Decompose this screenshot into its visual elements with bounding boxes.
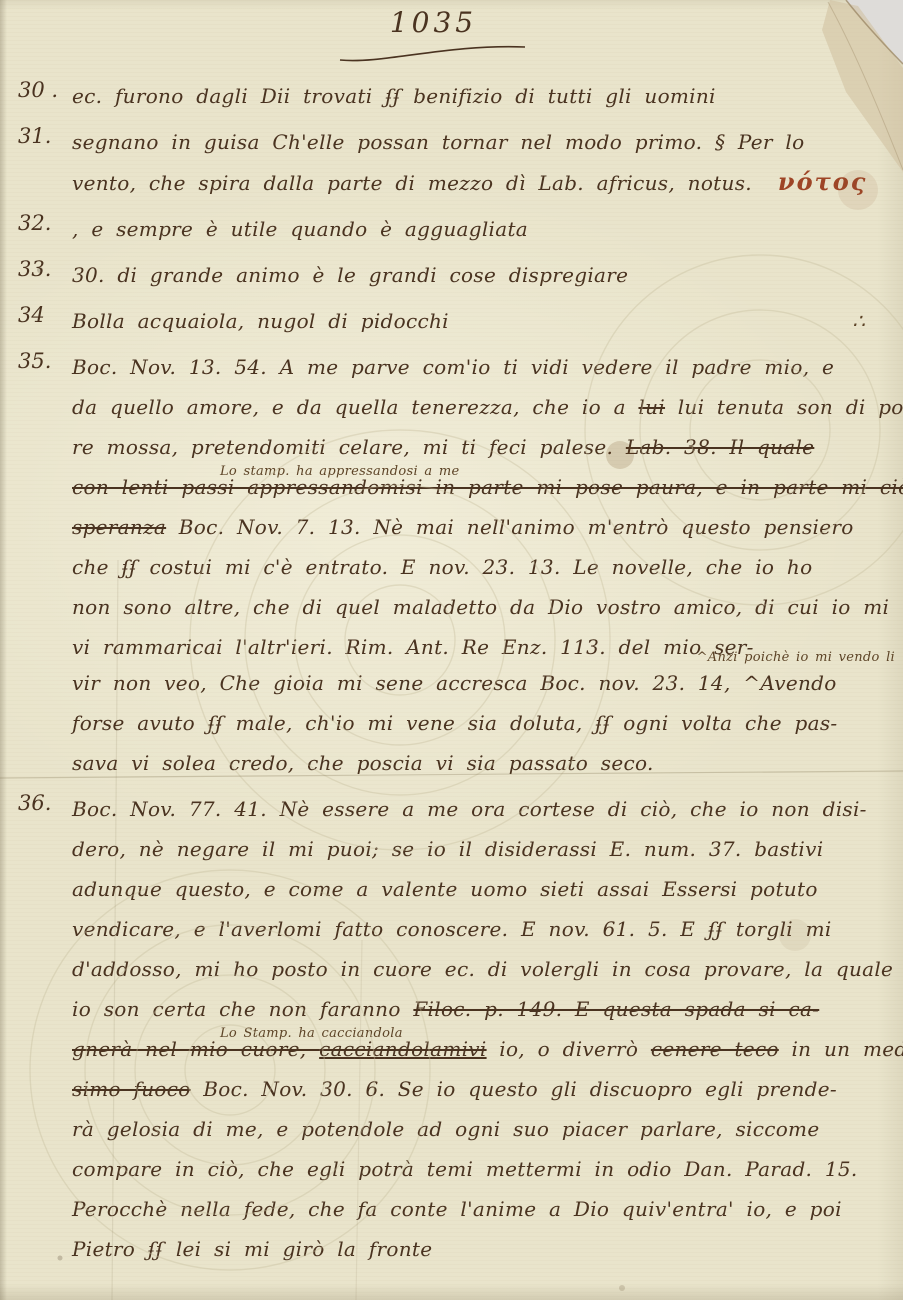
manuscript-line: con lenti passi appressandomisi in parte… [72,467,897,507]
text-segment: Perocchè nella fede, che fa conte l'anim… [72,1197,842,1221]
text-segment: vendicare, e l'averlomi fatto conoscere.… [72,917,832,941]
manuscript-entry: 32., e sempre è utile quando è agguaglia… [18,209,897,249]
manuscript-line: compare in ciò, che egli potrà temi mett… [72,1149,897,1189]
manuscript-page: 1035 30 .ec. furono dagli Dii trovati ʄʄ… [0,0,903,1300]
entry-lines: ec. furono dagli Dii trovati ʄʄ benifizi… [72,76,897,116]
manuscript-body: 30 .ec. furono dagli Dii trovati ʄʄ beni… [0,46,903,1269]
text-segment: adunque questo, e come a valente uomo si… [72,877,818,901]
text-segment: ec. furono dagli Dii trovati ʄʄ benifizi… [72,84,716,108]
entry-number: 34 [18,301,72,341]
entry-lines: segnano in guisa Ch'elle possan tornar n… [72,122,897,203]
manuscript-line: forse avuto ʄʄ male, ch'io mi vene sia d… [72,703,897,743]
text-segment: sava vi solea credo, che poscia vi sia p… [72,751,654,775]
entry-lines: Boc. Nov. 77. 41. Nè essere a me ora cor… [72,789,897,1269]
text-segment: dero, nè negare il mi puoi; se io il dis… [72,837,823,861]
struck-text: speranza [72,515,166,539]
manuscript-line: Pietro ʄʄ lei si mi girò la fronte [72,1229,897,1269]
struck-text: cenere teco [651,1037,779,1061]
entry-number: 30 . [18,76,72,116]
text-segment: , e sempre è utile quando è agguagliata [72,217,528,241]
manuscript-entry: 36.Boc. Nov. 77. 41. Nè essere a me ora … [18,789,897,1269]
text-segment: 30. di grande animo è le grandi cose dis… [72,263,628,287]
manuscript-line: re mossa, pretendomiti celare, mi ti fec… [72,427,897,467]
text-segment: Boc. Nov. 30. 6. Se io questo gli discuo… [191,1077,837,1101]
manuscript-line: Boc. Nov. 13. 54. A me parve com'io ti v… [72,347,897,387]
text-segment: vento, che spira dalla parte di mezzo dì… [72,171,752,195]
manuscript-line: vir non veo, Che gioia mi sene accresca … [72,663,897,703]
text-segment: Boc. Nov. 77. 41. Nè essere a me ora cor… [72,797,867,821]
text-segment: compare in ciò, che egli potrà temi mett… [72,1157,858,1181]
entry-number: 35. [18,347,72,783]
manuscript-entry: 33.30. di grande animo è le grandi cose … [18,255,897,295]
manuscript-entry: 34Bolla acquaiola, nugol di pidocchi∴ [18,301,897,341]
manuscript-line: d'addosso, mi ho posto in cuore ec. di v… [72,949,897,989]
struck-text: Lab. 38. Il quale [626,435,814,459]
struck-text: simo fuoco [72,1077,191,1101]
manuscript-entry: 30 .ec. furono dagli Dii trovati ʄʄ beni… [18,76,897,116]
entry-number: 33. [18,255,72,295]
text-segment: vir non veo, Che gioia mi sene accresca … [72,671,837,695]
text-segment: da quello amore, e da quella tenerezza, … [72,395,638,419]
manuscript-line: simo fuoco Boc. Nov. 30. 6. Se io questo… [72,1069,897,1109]
entry-lines: Boc. Nov. 13. 54. A me parve com'io ti v… [72,347,897,783]
text-segment: lui tenuta son di porta, [665,395,903,419]
manuscript-line: dero, nè negare il mi puoi; se io il dis… [72,829,897,869]
manuscript-line: ec. furono dagli Dii trovati ʄʄ benifizi… [72,76,897,116]
manuscript-line: adunque questo, e come a valente uomo si… [72,869,897,909]
struck-text: lui [638,395,665,419]
struck-text: Filoc. p. 149. E questa spada si ca- [413,997,819,1021]
manuscript-entry: 35.Boc. Nov. 13. 54. A me parve com'io t… [18,347,897,783]
manuscript-line: , e sempre è utile quando è agguagliata [72,209,897,249]
text-segment: Bolla acquaiola, nugol di pidocchi [72,309,449,333]
manuscript-line: rà gelosia di me, e potendole ad ogni su… [72,1109,897,1149]
manuscript-line: vendicare, e l'averlomi fatto conoscere.… [72,909,897,949]
manuscript-line: gnerà nel mio cuore, cacciandolamivi io,… [72,1029,897,1069]
entry-lines: Bolla acquaiola, nugol di pidocchi∴ [72,301,897,341]
manuscript-line: non sono altre, che di quel maladetto da… [72,587,897,627]
text-segment: rà gelosia di me, e potendole ad ogni su… [72,1117,819,1141]
text-segment: non sono altre, che di quel maladetto da… [72,595,889,619]
entry-number: 32. [18,209,72,249]
manuscript-entry: 31.segnano in guisa Ch'elle possan torna… [18,122,897,203]
struck-text: con lenti passi appressandomisi in parte… [72,475,903,499]
entry-number: 36. [18,789,72,1269]
red-ink-word: νότος [778,167,867,196]
text-segment: ∴ [852,301,897,341]
text-segment: che ʄʄ costui mi c'è entrato. E nov. 23.… [72,555,812,579]
manuscript-line: che ʄʄ costui mi c'è entrato. E nov. 23.… [72,547,897,587]
struck-text: cacciandolamivi [319,1037,486,1061]
struck-text: gnerà nel mio cuore, [72,1037,319,1061]
entry-number: 31. [18,122,72,203]
page-number: 1035 [390,6,477,39]
text-segment: Boc. Nov. 7. 13. Nè mai nell'animo m'ent… [166,515,853,539]
manuscript-line: 30. di grande animo è le grandi cose dis… [72,255,897,295]
entry-lines: 30. di grande animo è le grandi cose dis… [72,255,897,295]
entry-lines: , e sempre è utile quando è agguagliata [72,209,897,249]
manuscript-line: speranza Boc. Nov. 7. 13. Nè mai nell'an… [72,507,897,547]
text-segment: io son certa che non faranno [72,997,413,1021]
text-segment: re mossa, pretendomiti celare, mi ti fec… [72,435,626,459]
manuscript-line: io son certa che non faranno Filoc. p. 1… [72,989,897,1029]
text-segment: Boc. Nov. 13. 54. A me parve com'io ti v… [72,355,834,379]
manuscript-line: da quello amore, e da quella tenerezza, … [72,387,897,427]
text-segment: segnano in guisa Ch'elle possan tornar n… [72,130,804,154]
manuscript-line: sava vi solea credo, che poscia vi sia p… [72,743,897,783]
text-segment: Pietro ʄʄ lei si mi girò la fronte [72,1237,432,1261]
manuscript-line: Bolla acquaiola, nugol di pidocchi∴ [72,301,897,341]
text-segment: vi rammaricai l'altr'ieri. Rim. Ant. Re … [72,635,754,659]
text-segment: forse avuto ʄʄ male, ch'io mi vene sia d… [72,711,837,735]
manuscript-line: Perocchè nella fede, che fa conte l'anim… [72,1189,897,1229]
manuscript-line: Boc. Nov. 77. 41. Nè essere a me ora cor… [72,789,897,829]
text-segment: in un mede- [779,1037,903,1061]
manuscript-line: vento, che spira dalla parte di mezzo dì… [72,162,897,203]
text-segment: io, o diverrò [487,1037,651,1061]
manuscript-line: segnano in guisa Ch'elle possan tornar n… [72,122,897,162]
text-segment: d'addosso, mi ho posto in cuore ec. di v… [72,957,893,981]
page-header: 1035 [0,6,885,46]
